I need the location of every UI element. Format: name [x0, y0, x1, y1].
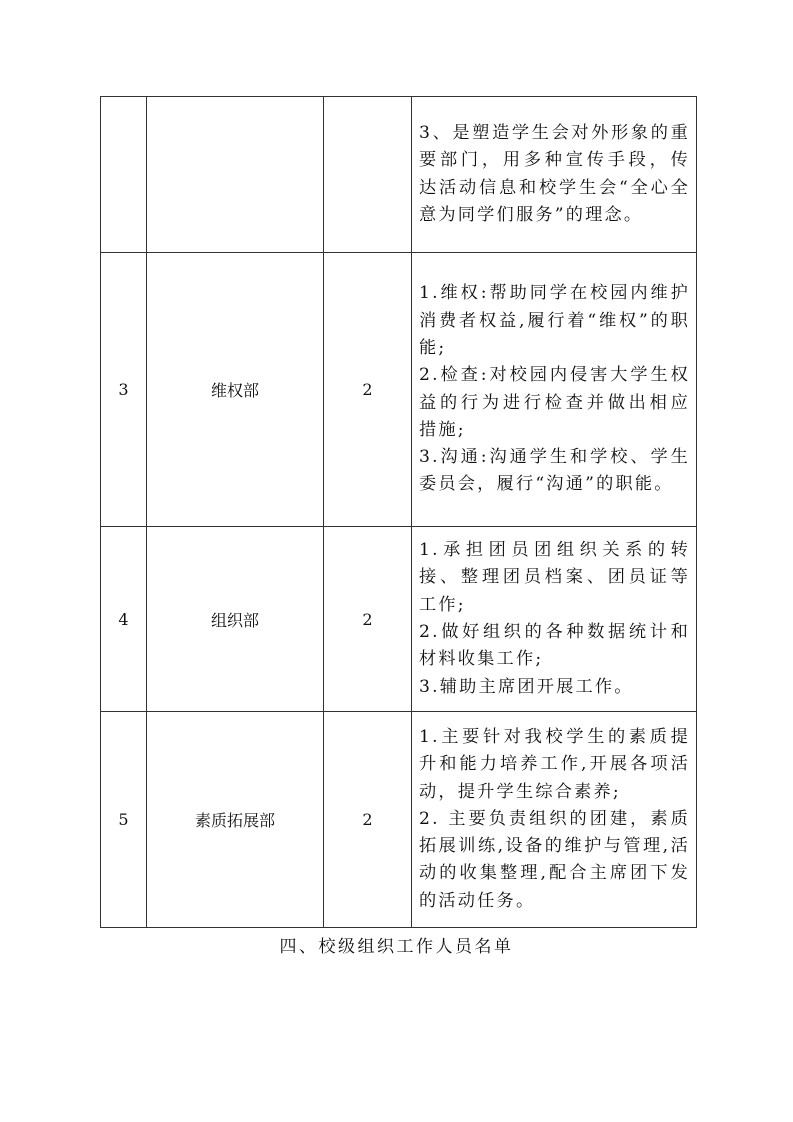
duty-line: 2.做好组织的各种数据统计和材料收集工作; — [419, 619, 690, 674]
department-duties: 1.维权:帮助同学在校园内维护消费者权益,履行着“维权”的职能; 2.检查:对校… — [412, 253, 697, 527]
department-duties: 1.主要针对我校学生的素质提升和能力培养工作,开展各项活动，提升学生综合素养; … — [412, 712, 697, 928]
department-name: 组织部 — [147, 527, 324, 712]
staff-count: 2 — [324, 712, 412, 928]
table-row: 3、是塑造学生会对外形象的重要部门，用多种宣传手段，传达活动信息和校学生会“全心… — [101, 97, 697, 253]
department-duties: 3、是塑造学生会对外形象的重要部门，用多种宣传手段，传达活动信息和校学生会“全心… — [412, 97, 697, 253]
duty-line: 3.辅助主席团开展工作。 — [419, 674, 690, 701]
row-number — [101, 97, 147, 253]
row-number: 5 — [101, 712, 147, 928]
row-number: 4 — [101, 527, 147, 712]
row-number: 3 — [101, 253, 147, 527]
department-table: 3、是塑造学生会对外形象的重要部门，用多种宣传手段，传达活动信息和校学生会“全心… — [100, 96, 697, 928]
staff-count — [324, 97, 412, 253]
document-page: 3、是塑造学生会对外形象的重要部门，用多种宣传手段，传达活动信息和校学生会“全心… — [0, 0, 793, 1122]
table-row: 4 组织部 2 1.承担团员团组织关系的转接、整理团员档案、团员证等工作; 2.… — [101, 527, 697, 712]
department-name — [147, 97, 324, 253]
duty-line: 3、是塑造学生会对外形象的重要部门，用多种宣传手段，传达活动信息和校学生会“全心… — [419, 120, 690, 229]
duty-line: 1.承担团员团组织关系的转接、整理团员档案、团员证等工作; — [419, 537, 690, 619]
table-row: 5 素质拓展部 2 1.主要针对我校学生的素质提升和能力培养工作,开展各项活动，… — [101, 712, 697, 928]
duty-line: 2.检查:对校园内侵害大学生权益的行为进行检查并做出相应措施; — [419, 362, 690, 444]
department-name: 素质拓展部 — [147, 712, 324, 928]
section-heading: 四、校级组织工作人员名单 — [0, 932, 793, 957]
department-name: 维权部 — [147, 253, 324, 527]
table-row: 3 维权部 2 1.维权:帮助同学在校园内维护消费者权益,履行着“维权”的职能;… — [101, 253, 697, 527]
duty-line: 1.主要针对我校学生的素质提升和能力培养工作,开展各项活动，提升学生综合素养; — [419, 724, 690, 806]
staff-count: 2 — [324, 527, 412, 712]
duty-line: 1.维权:帮助同学在校园内维护消费者权益,履行着“维权”的职能; — [419, 280, 690, 362]
staff-count: 2 — [324, 253, 412, 527]
duty-line: 3.沟通:沟通学生和学校、学生委员会，履行“沟通”的职能。 — [419, 444, 690, 499]
duty-line: 2. 主要负责组织的团建，素质拓展训练,设备的维护与管理,活动的收集整理,配合主… — [419, 806, 690, 915]
department-duties: 1.承担团员团组织关系的转接、整理团员档案、团员证等工作; 2.做好组织的各种数… — [412, 527, 697, 712]
